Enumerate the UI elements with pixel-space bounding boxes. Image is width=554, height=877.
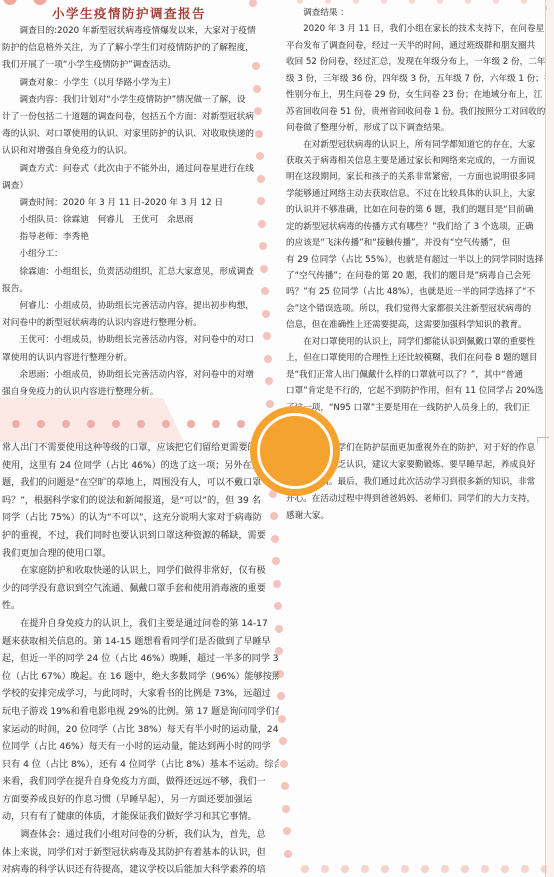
text-line: 吗？”，根据科学家们的说法和新闻报道，是“可以”的，但 39 名 — [2, 493, 279, 511]
text-line: 题，我们的问题是“在空旷的草地上，周围没有人，可以不戴口罩 — [2, 475, 279, 493]
text-line: 有 29 位同学（占比 55%），也就是有超过一半以上的同学同时选择 — [286, 252, 545, 268]
text-line: 对病毒的科学认识还有待提高，建议学校以后能加大科学素养的培 — [2, 862, 279, 877]
text-line: 信息，但在准确性上还需要提高，这需要加强科学知识的教育。 — [286, 317, 545, 333]
text-line: 问卷做了整理分析，形成了以下调查结果。 — [286, 120, 545, 136]
polka-dot — [264, 355, 272, 363]
text-line: 会”这个错误选项。所以，我们觉得大家都很关注新型冠状病毒的 — [286, 301, 545, 317]
text-line: 指导老师：李秀艳 — [2, 229, 256, 246]
text-line: 家运动的时间，20 位同学（占比 38%）每天有半小时的运动量，24 — [2, 722, 279, 740]
text-line: 调查目的:2020 年新型冠状病毒疫情爆发以来，大家对于疫情 — [2, 23, 256, 40]
polka-dot — [279, 737, 287, 745]
text-line: 题来获取相关信息的。第 14-15 题想看看同学们是否做到了早睡早 — [2, 634, 279, 652]
text-line: 罩使用的认识内容进行整理分析。 — [2, 350, 256, 367]
polka-dot — [481, 865, 488, 872]
text-line: 防护的信息格外关注，为了了解小学生们对疫情防护的了解程度， — [2, 40, 256, 57]
polka-dot — [257, 197, 265, 205]
text-line: 在对口罩使用的认识上，同学们都能认识到佩戴口罩的重要性 — [286, 334, 545, 350]
text-line: 调查体会：通过我们小组对问卷的分析，我们认为，首先，总 — [2, 827, 279, 845]
text-line: 体上来说，同学们对于新型冠状病毒及其防护有着基本的认识，但 — [2, 845, 279, 863]
polka-dot — [260, 265, 268, 273]
text-line: 是“我们正常人出门佩戴什么样的口罩就可以了？”，其中“普通 — [286, 367, 545, 383]
text-line: 学校的安排完成学习，与此同时，大家看书的比例是 73%，远超过 — [2, 686, 279, 704]
polka-dot — [421, 865, 428, 872]
polka-dot — [521, 865, 528, 872]
right-column-top-text: 调查结果 ： 2020 年 3 月 11 日，我们小组在家长的技术支持下，在问卷… — [286, 5, 545, 416]
text-line: 只有 4 位（占比 8%），还有 4 位同学（占比 8%）基本不运动。综合 — [2, 757, 279, 775]
text-line: 明在这段期间，家长和孩子的关系非常紧密，一方面也说明很多同 — [286, 169, 545, 185]
text-line: 来看，我们同学在提升自身免疫力方面，做得还远远不够，我们一 — [2, 774, 279, 792]
text-line: 级 3 份，三年级 36 份，四年级 3 份，五年级 7 份，六年级 1 份；在 — [286, 71, 545, 87]
text-line: 在家庭防护和收取快递的认识上，同学们做得非常好，仅有极 — [2, 563, 279, 581]
text-line: 学能够通过网络主动去获取信息。不过在比较具体的认识上，大家 — [286, 186, 545, 202]
polka-dot — [265, 377, 273, 385]
text-line: 调查方式：问卷式（此次由于不能外出，通过问卷星进行在线 — [2, 161, 256, 178]
text-line: 调查结果 ： — [286, 5, 545, 21]
text-line: 收回 52 份问卷，经过汇总，发现在年级分布上，一年级 2 份，二年 — [286, 54, 545, 70]
polka-dot — [266, 400, 274, 408]
text-line: 报告。 — [2, 281, 256, 298]
text-line: 何睿儿：小组成员，协助组长完善活动内容，提出初步构想， — [2, 298, 256, 315]
text-line: 玩电子游戏 19%和看电影电视 29%的比例。第 17 题是询问同学们在 — [2, 704, 279, 722]
polka-dot — [257, 175, 265, 183]
text-line: 调查时间：2020 年 3 月 11 日-2020 年 3 月 12 日 — [2, 195, 256, 212]
polka-dot — [493, 0, 500, 4]
text-line: 计了一份包括二十道题的调查问卷，包括五个方面：对新型冠状病 — [2, 109, 256, 126]
text-line: 小组队员：徐霖迪 何睿儿 王优可 余思雨 — [2, 212, 256, 229]
text-line: 毒的认识、对口罩使用的认识、对家里防护的认识、对收取快递的 — [2, 126, 256, 143]
polka-dot — [353, 0, 360, 4]
text-line: 我们开展了一项“小学生疫情防护”调查活动。 — [2, 57, 256, 74]
polka-dot — [501, 865, 508, 872]
text-line: 护的重视，不过，我们同时也要认识到口罩这种资源的稀缺，需要 — [2, 528, 279, 546]
text-line: 开心。在活动过程中得到爸爸妈妈、老师们、同学们的大力支持， — [286, 491, 545, 508]
polka-dot — [278, 715, 286, 723]
text-line: 在对新型冠状病毒的认识上，所有同学都知道它的存在，大家 — [286, 137, 545, 153]
text-line: 认识和对增强自身免疫力的认识。 — [2, 143, 256, 160]
orange-circle-button[interactable] — [250, 406, 340, 496]
polka-dot — [187, 420, 195, 428]
text-line: 的应该是“飞沫传播”和“接触传播”，并没有“空气传播”，但 — [286, 235, 545, 251]
report-title: 小学生疫情防护调查报告 — [2, 4, 256, 22]
polka-dot — [297, 0, 304, 4]
text-line: 平台发布了调查问卷，经过一天半的时间，通过班级群和朋友圈共 — [286, 38, 545, 54]
text-line: 对问卷中的新型冠状病毒的认识内容进行整理分析。 — [2, 315, 256, 332]
text-line: 位同学（占比 46%）每天有一小时的运动量，能达到两小时的同学 — [2, 739, 279, 757]
text-line: 强自身免疫力的认识内容进行整理分析。 — [2, 384, 256, 401]
text-line: 在提升自身免疫力的认识上，我们主要是通过问卷的第 14-17 — [2, 616, 279, 634]
polka-dot — [409, 0, 416, 4]
polka-dot — [381, 0, 388, 4]
text-line: 性。 — [2, 598, 279, 616]
text-line: 位（占比 67%）晚起。在 16 题中，绝大多数同学（96%）能够按照 — [2, 669, 279, 687]
polka-dot — [465, 0, 472, 4]
text-line: 小组分工： — [2, 246, 256, 263]
polka-dot — [212, 420, 220, 428]
polka-dot — [361, 865, 368, 872]
polka-dot — [401, 865, 408, 872]
left-column-bottom-text: 常人出门不需要使用这种等级的口罩，应该把它们留给更需要的人使用，这里有 24 位… — [2, 440, 279, 877]
polka-dot — [461, 865, 468, 872]
page-gap-band — [0, 398, 184, 442]
text-line: 调查对象：小学生（以月华路小学为主） — [2, 75, 256, 92]
polka-dot — [259, 242, 267, 250]
text-line: 的认识并不够准确，比如在问卷的第 6 题，我们的题目是“目前确 — [286, 202, 545, 218]
text-line: 少的同学没有意识到空气流通、佩戴口罩手套和使用消毒液的重要 — [2, 581, 279, 599]
text-line: 动，只有有了健康的体质，才能保证我们做好学习和其它事情。 — [2, 809, 279, 827]
text-line: 感谢大家。 — [286, 508, 545, 525]
polka-dot — [283, 827, 291, 835]
polka-dot — [261, 287, 269, 295]
text-line: 我们更加合理的使用口罩。 — [2, 546, 279, 564]
text-line: 定的新型冠状病毒的传播方式有哪些？”我们给了 3 个选项，正确 — [286, 219, 545, 235]
text-line: 上，但在口罩使用的合理性上还比较模糊，我们在问卷 8 题的题目 — [286, 350, 545, 366]
text-line: 2020 年 3 月 11 日，我们小组在家长的技术支持下，在问卷星 — [286, 21, 545, 37]
polka-dot — [325, 0, 332, 4]
text-line: 性别分布上，男生问卷 29 份，女生问卷 23 份；在地域分布上，江 — [286, 87, 545, 103]
text-line: 吗？”有 25 位同学（占比 48%），也就是近一半的同学选择了“不 — [286, 284, 545, 300]
text-line: 同学（占比 75%）的认为“不可以”，这充分说明大家对于病毒防 — [2, 510, 279, 528]
polka-dot — [381, 865, 388, 872]
text-line: 使用，这里有 24 位同学（占比 46%）的选了这一项；另外在第 11 — [2, 458, 279, 476]
text-line: 调查内容：我们计划对“小学生疫情防护”情况做一了解，设 — [2, 92, 256, 109]
polka-dot — [441, 865, 448, 872]
polka-dot — [262, 310, 270, 318]
text-line: 方面要养成良好的作息习惯（早睡早起），另一方面还要加强运 — [2, 792, 279, 810]
polka-dot — [237, 420, 245, 428]
polka-dot — [321, 865, 328, 872]
text-line: 徐霖迪：小组组长，负责活动组织，汇总大家意见，形成调查 — [2, 264, 256, 281]
polka-dot — [258, 220, 266, 228]
text-line: 口罩”肯定是不行的，它起不到防护作用，但有 11 位同学占 20%选 — [286, 383, 545, 399]
polka-dot — [341, 865, 348, 872]
circle-ring-icon — [257, 413, 333, 489]
polka-dot — [437, 0, 444, 4]
text-line: 常人出门不需要使用这种等级的口罩，应该把它们留给更需要的人 — [2, 440, 279, 458]
polka-dot — [282, 805, 290, 813]
text-line: 起，但近一半的同学 24 位（占比 46%）晚睡，超过一半多的同学 35 — [2, 651, 279, 669]
text-line: 调查） — [2, 178, 256, 195]
polka-dot — [281, 782, 289, 790]
scanned-report-page: 小学生疫情防护调查报告 调查目的:2020 年新型冠状病毒疫情爆发以来，大家对于… — [0, 0, 554, 877]
polka-dot — [256, 152, 264, 160]
text-line: 王优可：小组成员，协助组长完善活动内容，对问卷中的对口 — [2, 332, 256, 349]
text-line: 了“空气传播”；在问卷的第 20 题，我们的题目是“病毒自己会死 — [286, 268, 545, 284]
polka-dot — [521, 0, 528, 4]
polka-dot — [263, 332, 271, 340]
text-line: 获取关于病毒相关信息主要是通过家长和网络来完成的，一方面说 — [286, 153, 545, 169]
polka-dot — [301, 865, 308, 872]
polka-dot — [280, 760, 288, 768]
left-column-top-text: 调查目的:2020 年新型冠状病毒疫情爆发以来，大家对于疫情防护的信息格外关注，… — [2, 23, 256, 401]
text-line: 余思雨：小组成员，协助组长完善活动内容，对问卷中的对增 — [2, 367, 256, 384]
text-line: 苏省回收问卷 51 份，贵州省回收问卷 1 份。我们按照分工对回收的 — [286, 104, 545, 120]
polka-dot — [284, 850, 292, 858]
text-line: 了这一项，“N95 口罩”主要是用在一线防护人员身上的，我们正 — [286, 400, 545, 416]
